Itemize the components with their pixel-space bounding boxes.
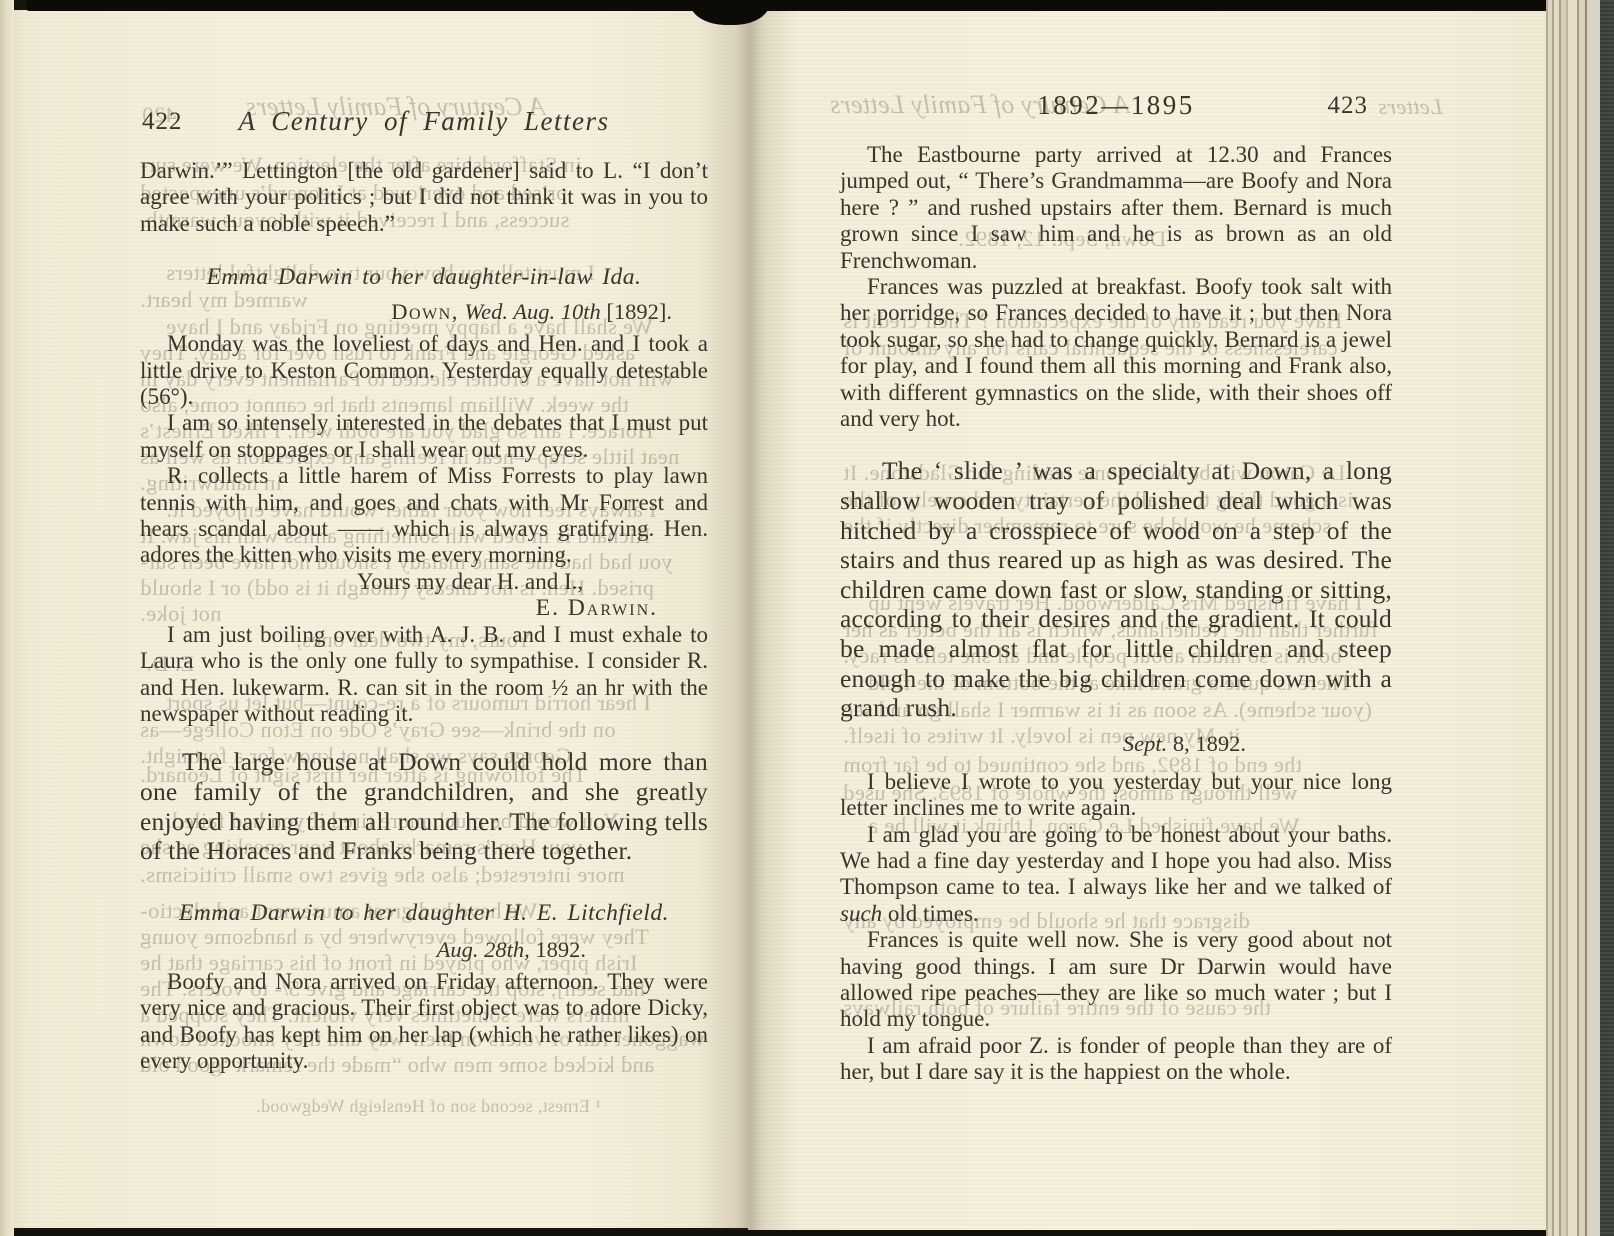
left-text-column: 422 A Century of Family Letters Darwin.’… [140, 106, 708, 1074]
left-page: 420A Century of Family Lettersin Staffor… [6, 10, 748, 1228]
paragraph: I am glad you are going to be honest abo… [840, 822, 1392, 928]
editorial-note: The ‘ slide ’ was a specialty at Down, a… [840, 456, 1392, 722]
paragraph: Frances is quite well now. She is very g… [840, 927, 1392, 1033]
right-text-column: 1892—1895 423 The Eastbourne party arriv… [840, 90, 1392, 1086]
dateline-date: Aug. 28th, [437, 937, 530, 962]
signature: E. Darwin. [140, 595, 708, 621]
scanner-band-bottom [0, 1230, 1614, 1236]
cover-edge-dark [1600, 0, 1614, 1236]
paragraph-part: I am glad you are going to be honest abo… [840, 822, 1392, 900]
page-edge-left [0, 0, 14, 1236]
paragraph: R. collects a little harem of Miss Forre… [140, 463, 708, 569]
paragraph: Frances was puzzled at breakfast. Boofy … [840, 274, 1392, 432]
bleedthrough-text: ¹ Ernest, second son of Hensleigh Wedgwo… [256, 1096, 600, 1117]
paragraph-part: old times. [882, 901, 978, 926]
paragraph: Boofy and Nora arrived on Friday afterno… [140, 969, 708, 1075]
running-head-left: 422 A Century of Family Letters [140, 106, 708, 140]
letter-heading-ida: Emma Darwin to her daughter-in-law Ida. [140, 264, 708, 291]
running-head-right: 1892—1895 423 [840, 90, 1392, 124]
editorial-note: The large house at Down could hold more … [140, 747, 708, 865]
scanner-band-top [26, 0, 1550, 11]
running-title-left: A Century of Family Letters [140, 106, 708, 137]
dateline-year: 8, 1892. [1173, 731, 1246, 756]
paragraph: Monday was the loveliest of days and Hen… [140, 331, 708, 410]
dateline-place: Down, [391, 299, 459, 324]
paragraph: I am just boiling over with A. J. B. and… [140, 622, 708, 728]
dateline-sept8: Sept. 8, 1892. [840, 731, 1392, 757]
dateline-year: [1892]. [606, 299, 672, 324]
paragraph: I am afraid poor Z. is fonder of people … [840, 1033, 1392, 1086]
paragraph: I believe I wrote to you yesterday but y… [840, 769, 1392, 822]
page-number-left: 422 [142, 108, 183, 136]
page-number-right: 423 [1328, 92, 1369, 120]
dateline-year: 1892. [535, 937, 586, 962]
paragraph: I am so intensely interested in the deba… [140, 410, 708, 463]
page-edge-light [1588, 0, 1600, 1236]
right-page: A Century of Family LettersLettersDown, … [748, 8, 1546, 1230]
paragraph-continuation: Darwin.’” Lettington [the old gardener] … [140, 158, 708, 237]
letter-heading-litchfield: Emma Darwin to her daughter H. E. Litchf… [140, 900, 708, 927]
dateline-aug28: Aug. 28th, 1892. [140, 937, 708, 963]
dateline-date: Wed. Aug. 10th [464, 299, 600, 324]
paragraph: The Eastbourne party arrived at 12.30 an… [840, 142, 1392, 274]
paragraph-part-italic: such [840, 901, 882, 926]
dateline-date: Sept. [1123, 731, 1167, 756]
running-title-right: 1892—1895 [840, 90, 1392, 121]
dateline-down: Down, Wed. Aug. 10th [1892]. [140, 299, 708, 325]
valediction: Yours my dear H. and I., [140, 569, 708, 595]
